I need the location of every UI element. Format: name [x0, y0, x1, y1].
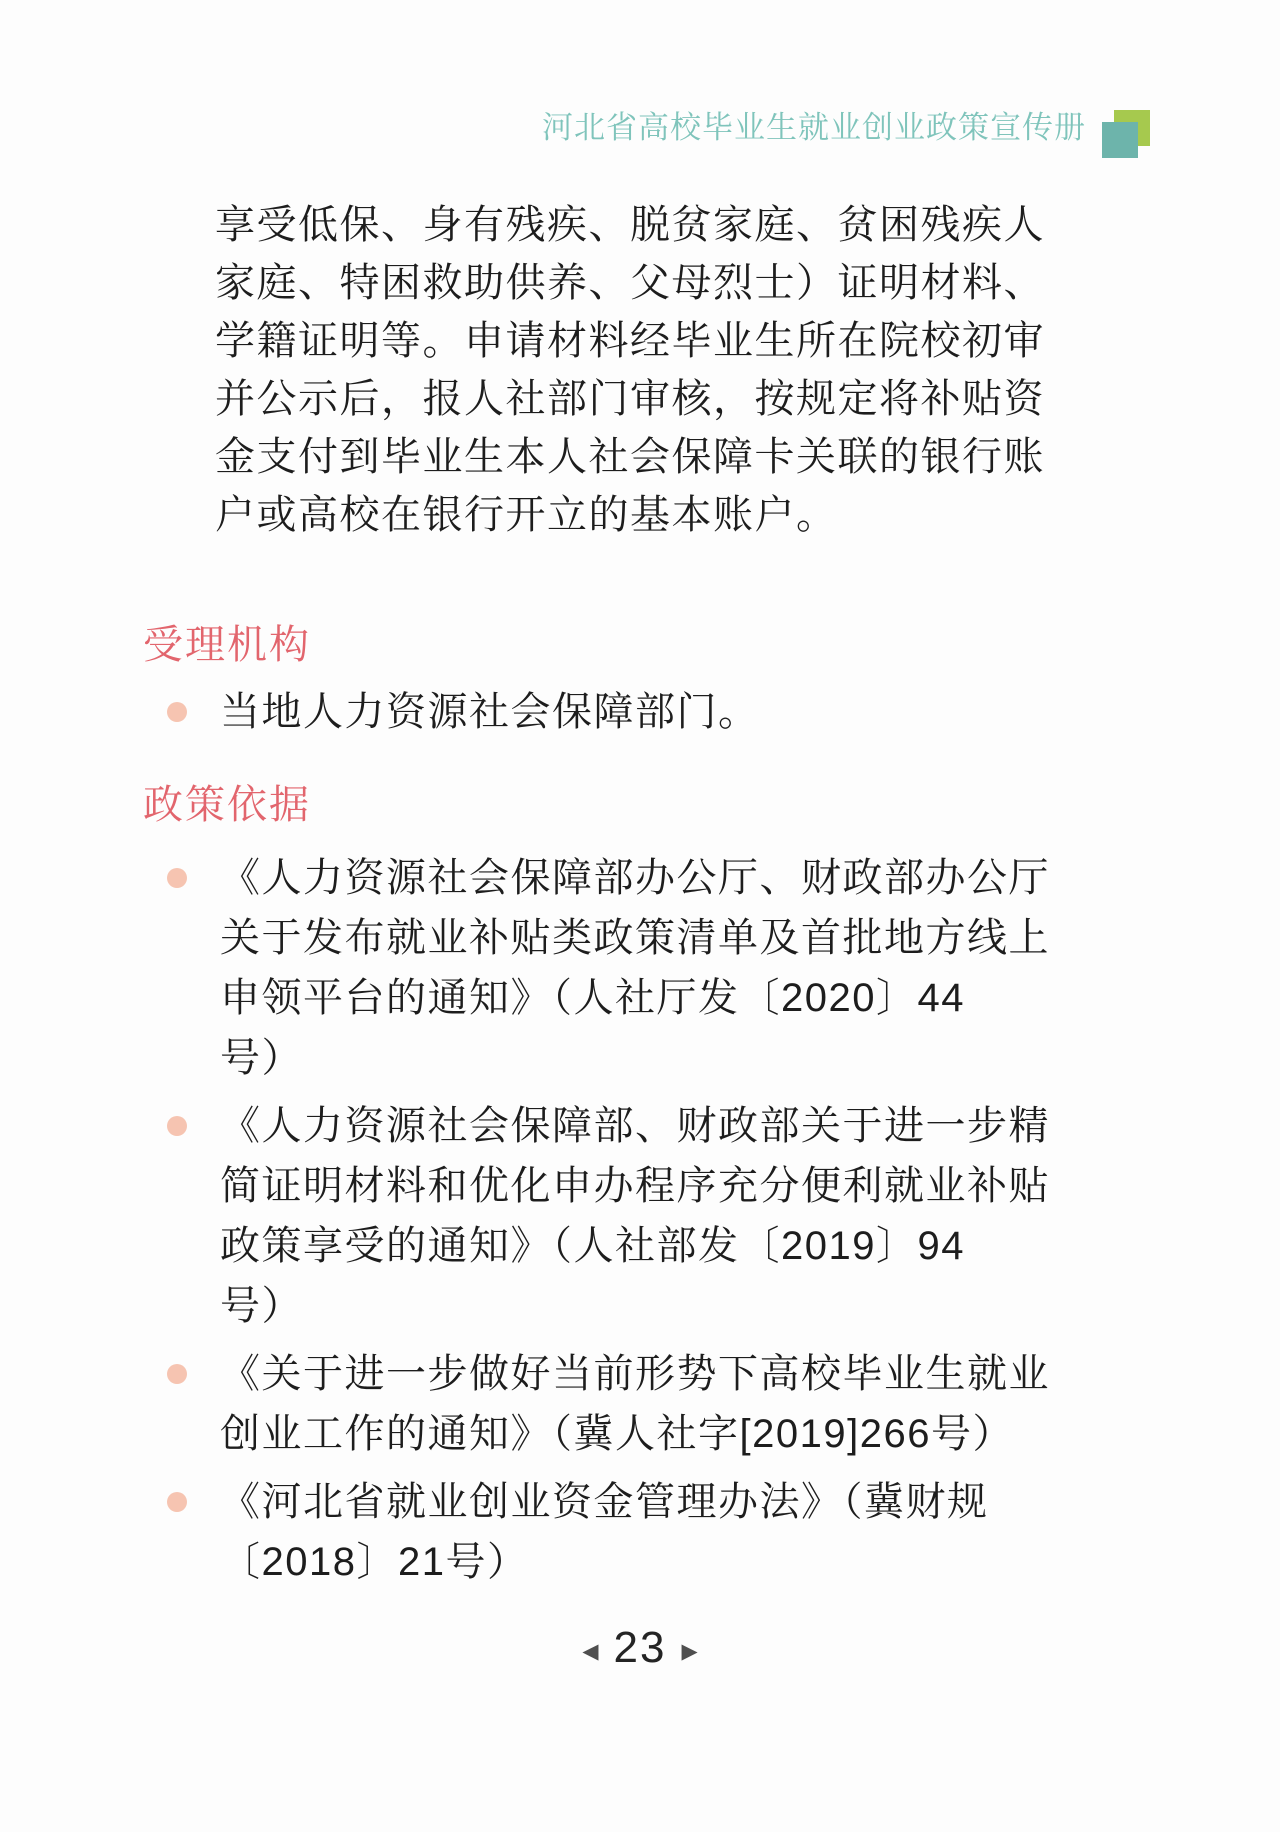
list-item: 当地人力资源社会保障部门。 [167, 682, 760, 742]
list-item-line: 《人力资源社会保障部办公厅、财政部办公厅 [220, 848, 1050, 908]
page-number: 23 [614, 1626, 667, 1670]
page-header: 河北省高校毕业生就业创业政策宣传册 [542, 104, 1150, 158]
list-item-line: 申领平台的通知》（人社厅发〔2020〕44 [220, 968, 1050, 1028]
list-item-line: 号） [220, 1276, 1050, 1336]
next-page-icon: ▶ [681, 1635, 697, 1662]
acceptance-list: 当地人力资源社会保障部门。 [167, 682, 760, 750]
paragraph-line: 家庭、特困救助供养、父母烈士）证明材料、 [215, 254, 1135, 312]
list-item-line: 〔2018〕21号） [220, 1532, 989, 1592]
list-item-line: 政策享受的通知》（人社部发〔2019〕94 [220, 1216, 1050, 1276]
list-item-line: 简证明材料和优化申办程序充分便利就业补贴 [220, 1156, 1050, 1216]
list-item-line: 号） [220, 1028, 1050, 1088]
bullet-dot-icon [167, 1364, 187, 1384]
list-item-text: 《关于进一步做好当前形势下高校毕业生就业 创业工作的通知》（冀人社字[2019]… [220, 1344, 1050, 1464]
paragraph-line: 户或高校在银行开立的基本账户。 [215, 486, 1135, 544]
list-item: 《河北省就业创业资金管理办法》（冀财规 〔2018〕21号） [167, 1472, 1050, 1592]
brochure-page: 河北省高校毕业生就业创业政策宣传册 享受低保、身有残疾、脱贫家庭、贫困残疾人 家… [0, 0, 1280, 1832]
bullet-dot-icon [167, 1492, 187, 1512]
overlapping-squares-icon [1102, 110, 1150, 158]
prev-page-icon: ◀ [582, 1635, 598, 1662]
section-heading-policy: 政策依据 [143, 776, 311, 834]
list-item: 《人力资源社会保障部办公厅、财政部办公厅 关于发布就业补贴类政策清单及首批地方线… [167, 848, 1050, 1088]
paragraph-line: 并公示后，报人社部门审核，按规定将补贴资 [215, 370, 1135, 428]
list-item-text: 《人力资源社会保障部办公厅、财政部办公厅 关于发布就业补贴类政策清单及首批地方线… [220, 848, 1050, 1088]
section-heading-acceptance: 受理机构 [143, 616, 311, 674]
list-item: 《关于进一步做好当前形势下高校毕业生就业 创业工作的通知》（冀人社字[2019]… [167, 1344, 1050, 1464]
list-item-line: 《人力资源社会保障部、财政部关于进一步精 [220, 1096, 1050, 1156]
policy-list: 《人力资源社会保障部办公厅、财政部办公厅 关于发布就业补贴类政策清单及首批地方线… [167, 848, 1050, 1600]
bullet-dot-icon [167, 868, 187, 888]
list-item-line: 《河北省就业创业资金管理办法》（冀财规 [220, 1472, 989, 1532]
logo-front-square [1102, 122, 1138, 158]
bullet-dot-icon [167, 1116, 187, 1136]
list-item-text: 《人力资源社会保障部、财政部关于进一步精 简证明材料和优化申办程序充分便利就业补… [220, 1096, 1050, 1336]
body-paragraph: 享受低保、身有残疾、脱贫家庭、贫困残疾人 家庭、特困救助供养、父母烈士）证明材料… [215, 196, 1135, 544]
list-item-line: 当地人力资源社会保障部门。 [220, 682, 760, 742]
list-item-text: 当地人力资源社会保障部门。 [220, 682, 760, 742]
list-item-line: 关于发布就业补贴类政策清单及首批地方线上 [220, 908, 1050, 968]
paragraph-line: 学籍证明等。申请材料经毕业生所在院校初审 [215, 312, 1135, 370]
bullet-dot-icon [167, 702, 187, 722]
list-item-line: 创业工作的通知》（冀人社字[2019]266号） [220, 1404, 1050, 1464]
paragraph-line: 享受低保、身有残疾、脱贫家庭、贫困残疾人 [215, 196, 1135, 254]
list-item-text: 《河北省就业创业资金管理办法》（冀财规 〔2018〕21号） [220, 1472, 989, 1592]
header-title: 河北省高校毕业生就业创业政策宣传册 [542, 104, 1086, 152]
list-item-line: 《关于进一步做好当前形势下高校毕业生就业 [220, 1344, 1050, 1404]
list-item: 《人力资源社会保障部、财政部关于进一步精 简证明材料和优化申办程序充分便利就业补… [167, 1096, 1050, 1336]
page-footer: ◀ 23 ▶ [0, 1626, 1280, 1670]
paragraph-line: 金支付到毕业生本人社会保障卡关联的银行账 [215, 428, 1135, 486]
